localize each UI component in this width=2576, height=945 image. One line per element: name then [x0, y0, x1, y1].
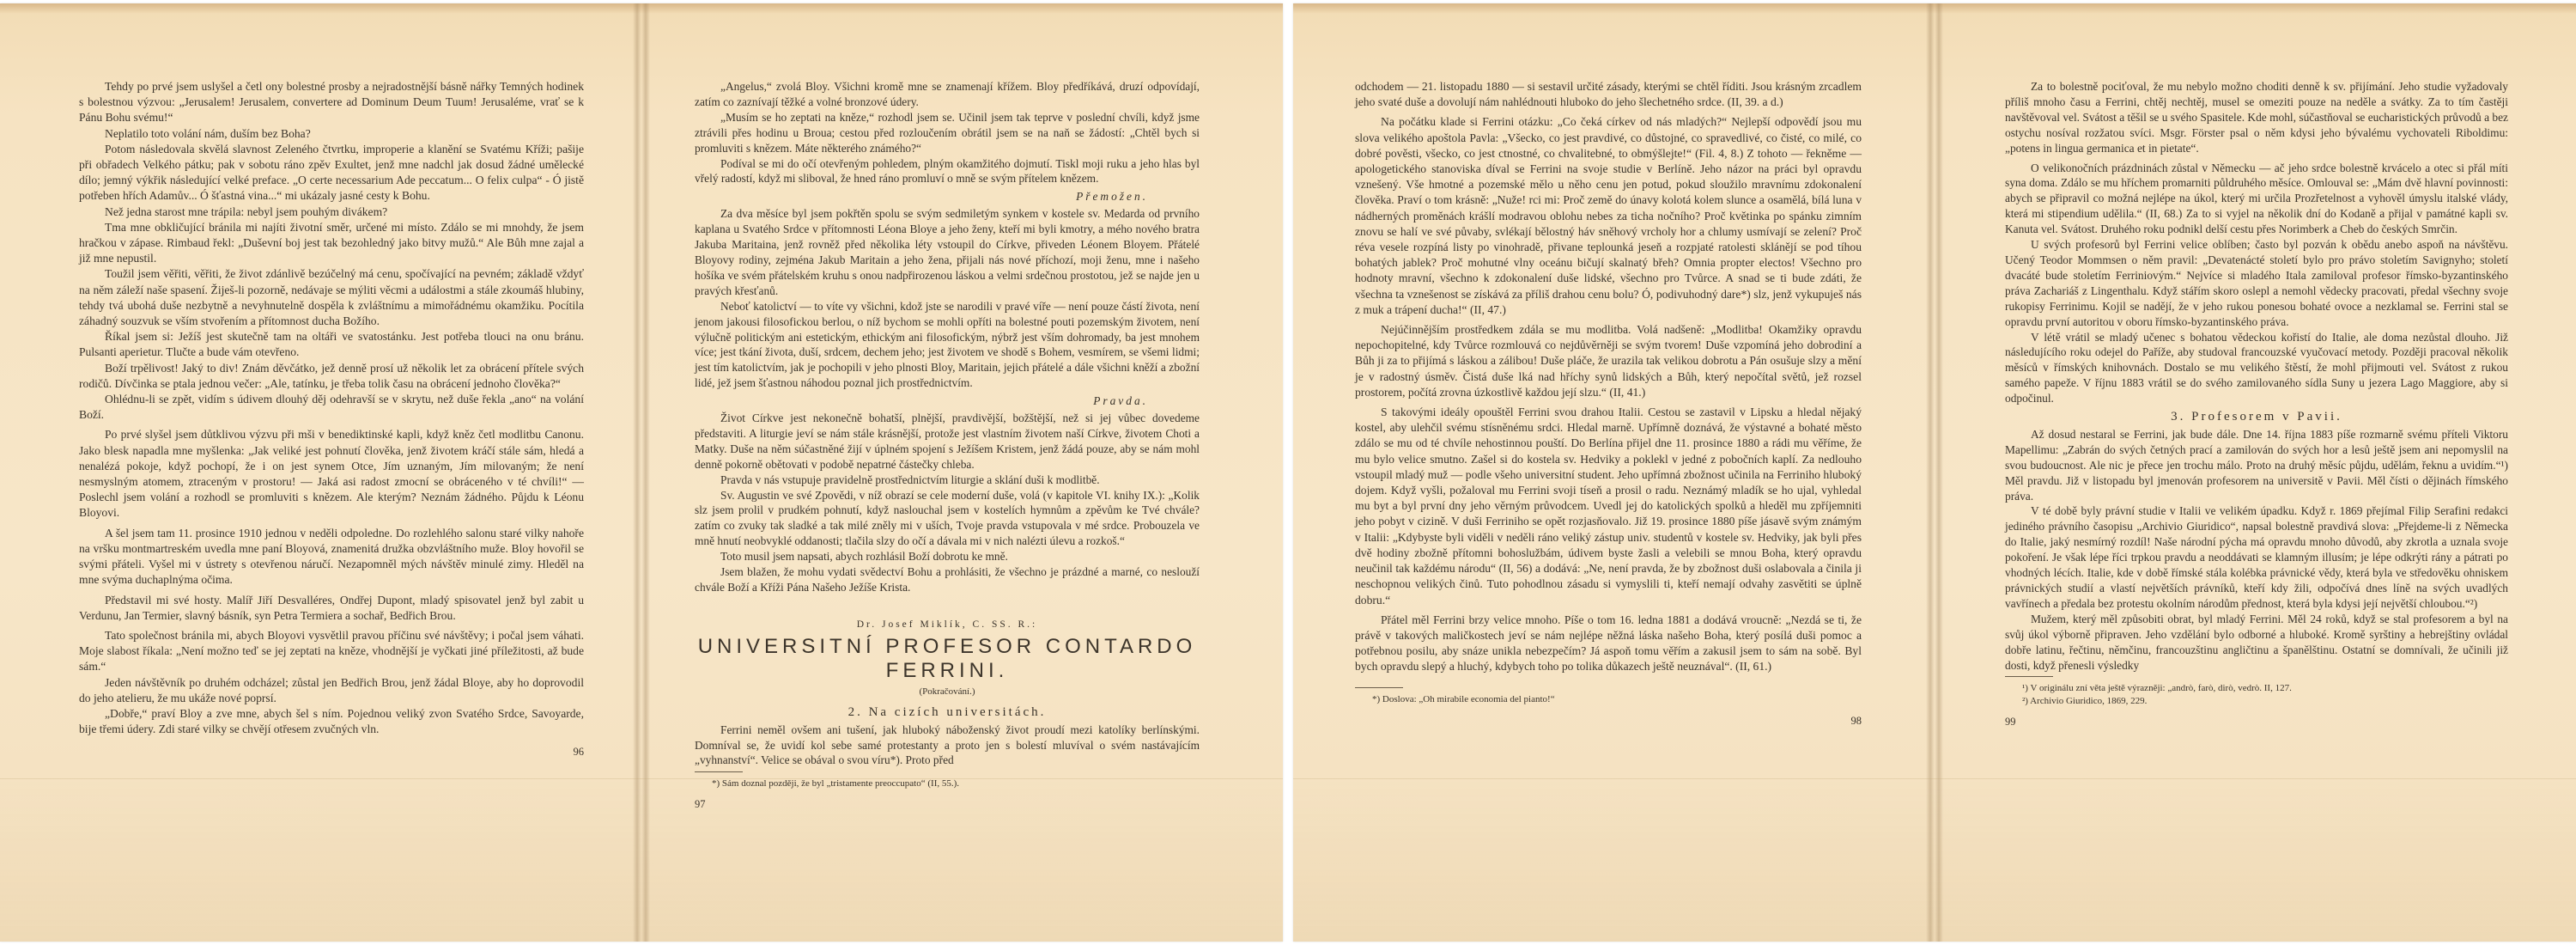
paragraph: Tato společnost bránila mi, abych Bloyov… [79, 628, 584, 675]
page-97-text: „Angelus,“ zvolá Bloy. Všichni kromě mne… [695, 79, 1200, 813]
paragraph: odchodem — 21. listopadu 1880 — si sesta… [1355, 79, 1862, 110]
right-spread: odchodem — 21. listopadu 1880 — si sesta… [1293, 3, 2576, 942]
paragraph: „Musím se ho zeptati na kněze,“ rozhodl … [695, 110, 1200, 156]
paper-stain [0, 3, 641, 14]
page-bottom-margin [0, 778, 641, 942]
paragraph: V létě vrátil se mladý učenec s bohatou … [2005, 330, 2508, 407]
paragraph: Tehdy po prvé jsem uslyšel a četl ony bo… [79, 79, 584, 126]
left-spread: Tehdy po prvé jsem uslyšel a četl ony bo… [0, 3, 1283, 942]
paragraph: Po prvé slyšel jsem důtklivou výzvu při … [79, 427, 584, 521]
page-98-text: odchodem — 21. listopadu 1880 — si sesta… [1355, 79, 1862, 729]
continued-note: (Pokračování.) [695, 685, 1200, 700]
page-number: 97 [695, 797, 1200, 813]
article-author: Dr. Josef Miklík, C. SS. R.: [695, 618, 1200, 633]
paragraph: Než jedna starost mne trápila: nebyl jse… [79, 204, 584, 220]
paragraph: S takovými ideály opouštěl Ferrini svou … [1355, 405, 1862, 608]
footnote-rule [2005, 676, 2053, 677]
paragraph: Za to bolestně pociťoval, že mu nebylo m… [2005, 79, 2508, 156]
section-heading: 2. Na cizích universitách. [695, 705, 1200, 721]
paragraph: „Angelus,“ zvolá Bloy. Všichni kromě mne… [695, 79, 1200, 110]
footnote-rule [1355, 687, 1403, 688]
paragraph: Jsem blažen, že mohu vydati svědectví Bo… [695, 564, 1200, 595]
paragraph: Sv. Augustin ve své Zpovědi, v níž obraz… [695, 488, 1200, 550]
paragraph: Ohlédnu-li se zpět, vidím s údivem dlouh… [79, 392, 584, 423]
paragraph: Až dosud nestaral se Ferrini, jak bude d… [2005, 427, 2508, 504]
footnote: *) Sám doznal později, že byl „tristamen… [695, 777, 1200, 790]
paragraph: Neplatilo toto volání nám, duším bez Boh… [79, 126, 584, 142]
page-number: 98 [1355, 713, 1862, 729]
subheading-pravda: Pravda. [695, 393, 1200, 409]
paragraph: Neboť katolictví — to víte vy všichni, k… [695, 299, 1200, 391]
page-number: 99 [2005, 715, 2508, 730]
paper-stain [1935, 3, 2576, 14]
paragraph: „Dobře,“ praví Bloy a zve mne, abych šel… [79, 706, 584, 737]
section-heading: 3. Profesorem v Pavii. [2005, 410, 2508, 425]
page-number: 96 [79, 744, 584, 759]
paragraph: Boží trpělivost! Jaký to div! Znám děvčá… [79, 361, 584, 392]
page-bottom-margin [1935, 778, 2576, 942]
page-99-text: Za to bolestně pociťoval, že mu nebylo m… [2005, 79, 2508, 730]
paragraph: Toto musil jsem napsati, abych rozhlásil… [695, 549, 1200, 564]
paragraph: A šel jsem tam 11. prosince 1910 jednou … [79, 526, 584, 588]
footnote-rule [695, 771, 743, 772]
page-98: odchodem — 21. listopadu 1880 — si sesta… [1293, 3, 1935, 942]
paragraph: Toužil jsem věřiti, věřiti, že život zdá… [79, 266, 584, 329]
paragraph: Nejúčinnějším prostředkem zdála se mu mo… [1355, 322, 1862, 400]
paper-stain [1293, 3, 1935, 14]
article-title: UNIVERSITNÍ PROFESOR CONTARDO FERRINI. [695, 635, 1200, 683]
paragraph: Na počátku klade si Ferrini otázku: „Co … [1355, 114, 1862, 318]
subheading-premozen: Přemožen. [695, 189, 1200, 204]
footnote: ¹) V originálu zní věta ještě výrazněji:… [2005, 682, 2508, 695]
paragraph: Jeden návštěvník po druhém odcházel; zůs… [79, 675, 584, 706]
paragraph: Ferrini neměl ovšem ani tušení, jak hlub… [695, 722, 1200, 769]
paper-stain [641, 3, 1283, 14]
page-99: Za to bolestně pociťoval, že mu nebylo m… [1935, 3, 2576, 942]
page-96-text: Tehdy po prvé jsem uslyšel a četl ony bo… [79, 79, 584, 760]
paragraph: Mužem, který měl způsobiti obrat, byl ml… [2005, 612, 2508, 674]
paragraph: O velikonočních prázdninách zůstal v Něm… [2005, 161, 2508, 238]
paragraph: Přátel měl Ferrini brzy velice mnoho. Pí… [1355, 613, 1862, 675]
paragraph: V té době byly právní studie v Italii ve… [2005, 503, 2508, 611]
footnote: ²) Archivio Giuridico, 1869, 229. [2005, 695, 2508, 708]
paragraph: Představil mi své hosty. Malíř Jiří Desv… [79, 593, 584, 624]
paragraph: Podíval se mi do očí otevřeným pohledem,… [695, 156, 1200, 187]
paragraph: Život Církve jest nekonečně bohatší, pln… [695, 411, 1200, 472]
footnote: *) Doslova: „Oh mirabile economia del pi… [1355, 693, 1862, 706]
paragraph: Za dva měsíce byl jsem pokřtěn spolu se … [695, 206, 1200, 298]
paragraph: Potom následovala skvělá slavnost Zelené… [79, 142, 584, 204]
page-97: „Angelus,“ zvolá Bloy. Všichni kromě mne… [641, 3, 1283, 942]
paragraph: Tma mne obkličující bránila mi najíti ži… [79, 220, 584, 267]
paragraph: U svých profesorů byl Ferrini velice obl… [2005, 237, 2508, 329]
paragraph: Pravda v nás vstupuje pravidelně prostře… [695, 472, 1200, 488]
paragraph: Říkal jsem si: Ježíš jest skutečně tam n… [79, 329, 584, 360]
page-bottom-margin [1293, 778, 1935, 942]
page-96: Tehdy po prvé jsem uslyšel a četl ony bo… [0, 3, 641, 942]
